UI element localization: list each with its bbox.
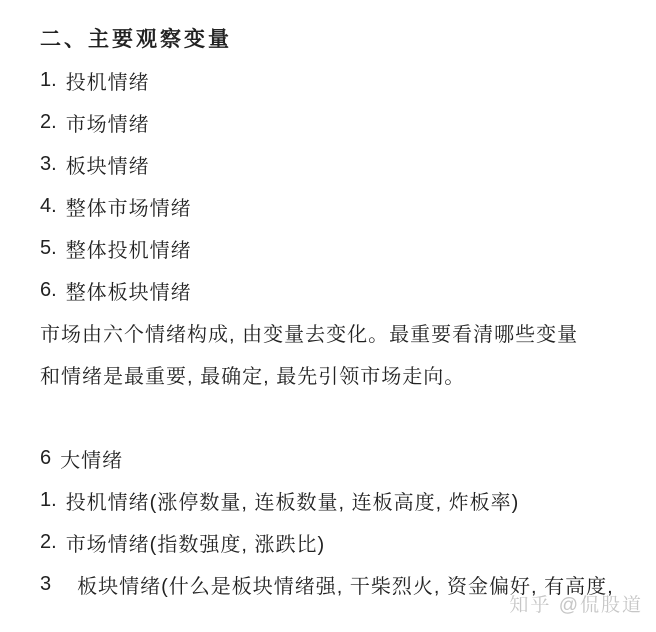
list-item-label: 投机情绪 [66,66,150,95]
list-item-label: 投机情绪(涨停数量, 连板数量, 连板高度, 炸板率) [66,486,520,515]
list-item-number: 4. [40,195,57,218]
article-body: 二、主要观察变量 1. 投机情绪 2. 市场情绪 3. 板块情绪 4. 整体市场… [0,0,656,605]
list-item-number: 6. [40,279,57,302]
list-item-label: 市场情绪(指数强度, 涨跌比) [66,528,325,557]
list-item: 1. 投机情绪 [40,59,636,101]
list-item-number: 5. [40,237,57,260]
list-item: 2. 市场情绪 [40,101,636,143]
list-item: 6. 整体板块情绪 [40,269,636,311]
list-item: 5. 整体投机情绪 [40,227,636,269]
list-item: 1. 投机情绪(涨停数量, 连板数量, 连板高度, 炸板率) [40,479,636,521]
section-heading: 二、主要观察变量 [40,17,636,59]
zhihu-watermark: 知乎 @侃股道 [509,590,643,617]
list-item-label: 整体投机情绪 [66,234,192,263]
list-item-number: 1. [40,489,57,512]
list-item-number: 1. [40,69,57,92]
list-item-label: 整体市场情绪 [66,192,192,221]
paragraph-line-2: 和情绪是最重要, 最确定, 最先引领市场走向。 [40,353,636,395]
list-item-number: 3. [40,153,57,176]
list-item: 4. 整体市场情绪 [40,185,636,227]
list-item-label: 市场情绪 [66,108,150,137]
list-item-label: 板块情绪 [66,150,150,179]
blank-line [40,395,636,437]
subheading: 6 大情绪 [40,437,636,479]
list-item-number: 2. [40,111,57,134]
subheading-number: 6 [40,447,51,470]
list-item-number: 3 [40,573,51,596]
subheading-label: 大情绪 [60,444,123,473]
list-item-number: 2. [40,531,57,554]
paragraph-line-1: 市场由六个情绪构成, 由变量去变化。最重要看清哪些变量 [40,311,636,353]
list-item: 2. 市场情绪(指数强度, 涨跌比) [40,521,636,563]
list-item-label: 整体板块情绪 [66,276,192,305]
list-item: 3. 板块情绪 [40,143,636,185]
